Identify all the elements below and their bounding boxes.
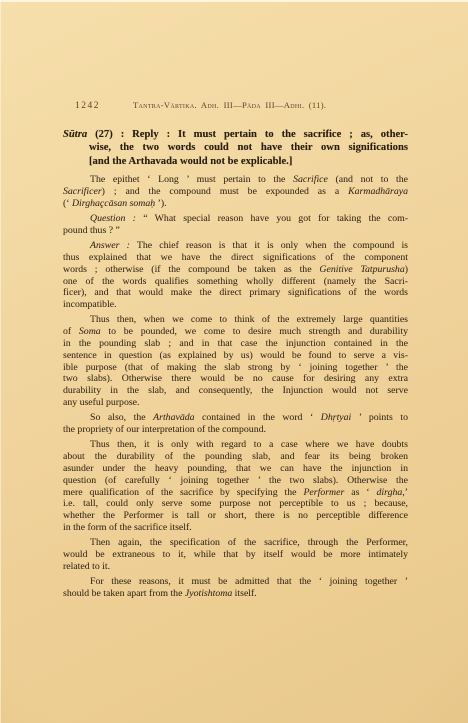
page-content: 1242 Tantra-Vārtika. Adh. III—Pāda III—A… (63, 100, 408, 600)
text-segment: i.e. tall, could only serve some purpose… (63, 498, 408, 509)
text-line: Sūtra (27) : Reply : It must pertain to … (63, 128, 408, 141)
page-number: 1242 (75, 101, 100, 111)
body-paragraph: For these reasons, it must be admitted t… (63, 576, 408, 600)
text-line: any useful purpose. (63, 397, 408, 409)
text-segment: Performer (303, 487, 344, 498)
text-line: of Soma to be pounded, we come to desire… (63, 326, 408, 338)
text-line: (‘ Dirghaçcāsan somaḥ ’). (63, 198, 408, 210)
text-segment: mere qualification of the sacrifice by s… (63, 487, 303, 498)
text-line: ible purpose (that of making the slab st… (63, 362, 408, 374)
text-segment: ’ points to (351, 412, 408, 423)
text-segment: Thus then, when we come to think of the … (90, 314, 408, 325)
text-segment: Dirghaçcāsan somaḥ (72, 198, 155, 209)
text-segment: in the form of the sacrifice itself. (63, 522, 192, 533)
text-line: asunder under the heavy pounding, that w… (63, 463, 408, 475)
text-segment: Karmadhāraya (348, 186, 408, 197)
text-line: incompatible. (63, 299, 408, 311)
text-segment: Answer : (90, 240, 130, 251)
text-segment: ficer), and that would make the direct p… (63, 287, 408, 298)
text-segment: thus explained that we have the direct s… (63, 252, 408, 263)
text-segment: dirgha (377, 487, 403, 498)
sutra-heading: Sūtra (27) : Reply : It must pertain to … (63, 128, 408, 168)
text-segment: Sacrifice (293, 174, 328, 185)
text-segment: wise, the two words could not have their… (89, 142, 408, 153)
text-line: mere qualification of the sacrifice by s… (63, 487, 408, 499)
text-line: about the durability of the pounding sla… (63, 451, 408, 463)
text-segment: Thus then, it is only with regard to a c… (90, 439, 408, 450)
text-segment: Then again, the specification of the sac… (90, 537, 408, 548)
text-segment: the propriety of our interpretation of t… (63, 424, 266, 435)
body-paragraph: Thus then, when we come to think of the … (63, 314, 408, 408)
scan-edge-top (0, 0, 468, 2)
body-paragraph: The epithet ‘ Long ’ must pertain to the… (63, 174, 408, 209)
text-line: Answer : The chief reason is that it is … (63, 240, 408, 252)
text-line: one of the words qualifies something who… (63, 276, 408, 288)
text-line: Thus then, it is only with regard to a c… (63, 439, 408, 451)
page-body: Sūtra (27) : Reply : It must pertain to … (63, 128, 408, 600)
text-line: words ; otherwise (if the compound be ta… (63, 264, 408, 276)
text-line: Sacrificer) ; and the compound must be e… (63, 186, 408, 198)
text-segment: So also, the (90, 412, 153, 423)
text-segment: whether the Performer is tall or short, … (63, 510, 408, 521)
text-segment: For these reasons, it must be admitted t… (90, 576, 408, 587)
body-paragraph: Thus then, it is only with regard to a c… (63, 439, 408, 533)
text-line: question (of carefully ‘ joining togethe… (63, 475, 408, 487)
text-line: Then again, the specification of the sac… (63, 537, 408, 549)
text-segment: in the pounding slab ; and in that case … (63, 338, 408, 349)
text-segment: would be extraneous to it, while that by… (63, 549, 408, 560)
text-segment: itself. (232, 588, 257, 599)
text-segment: to be pounded, we come to desire much st… (101, 326, 408, 337)
text-segment: Jyotishtoma (185, 588, 232, 599)
text-segment: sentence in question (as explained by us… (63, 350, 408, 361)
text-segment: (‘ (63, 198, 72, 209)
text-line: Question : “ What special reason have yo… (63, 213, 408, 225)
text-segment: should be taken apart from the (63, 588, 185, 599)
text-line: sentence in question (as explained by us… (63, 350, 408, 362)
text-line: in the pounding slab ; and in that case … (63, 338, 408, 350)
text-segment: ,’ (402, 487, 408, 498)
text-segment: incompatible. (63, 299, 117, 310)
text-segment: about the durability of the pounding sla… (63, 451, 408, 462)
text-line: two slabs). Otherwise there would be no … (63, 373, 408, 385)
text-segment: ible purpose (that of making the slab st… (63, 362, 408, 373)
text-line: The epithet ‘ Long ’ must pertain to the… (63, 174, 408, 186)
text-segment: as ‘ (344, 487, 376, 498)
text-line: thus explained that we have the direct s… (63, 252, 408, 264)
text-segment: The epithet ‘ Long ’ must pertain to the (90, 174, 293, 185)
text-segment: contained in the word ‘ (195, 412, 321, 423)
text-line: i.e. tall, could only serve some purpose… (63, 498, 408, 510)
text-segment: Sūtra (63, 129, 87, 140)
scan-edge-left (0, 0, 1, 723)
text-segment: asunder under the heavy pounding, that w… (63, 463, 408, 474)
text-segment: any useful purpose. (63, 397, 139, 408)
text-line: the propriety of our interpretation of t… (63, 424, 408, 436)
body-paragraph: Answer : The chief reason is that it is … (63, 240, 408, 311)
text-segment: Soma (79, 326, 101, 337)
text-line: would be extraneous to it, while that by… (63, 549, 408, 561)
text-segment: words ; otherwise (if the compound be ta… (63, 264, 319, 275)
running-header: 1242 Tantra-Vārtika. Adh. III—Pāda III—A… (63, 100, 408, 111)
text-segment: “ What special reason have you got for t… (136, 213, 408, 224)
text-segment: [and the Arthavada would not be explicab… (89, 156, 292, 167)
text-segment: Question : (90, 213, 136, 224)
text-segment: two slabs). Otherwise there would be no … (63, 373, 408, 384)
body-paragraph: Question : “ What special reason have yo… (63, 213, 408, 237)
running-title: Tantra-Vārtika. Adh. III—Pāda III—Adhi. … (133, 100, 326, 110)
text-segment: ’). (155, 198, 166, 209)
text-segment: Arthavāda (153, 412, 194, 423)
text-segment: related to it. (63, 561, 110, 572)
text-segment: The chief reason is that it is only when… (130, 240, 408, 251)
text-segment: Dhṛtyai (321, 412, 351, 423)
text-segment: (and not to the (328, 174, 408, 185)
text-line: durability in the slab, and consequently… (63, 385, 408, 397)
text-segment: one of the words qualifies something who… (63, 276, 408, 287)
text-line: in the form of the sacrifice itself. (63, 522, 408, 534)
text-line: For these reasons, it must be admitted t… (63, 576, 408, 588)
text-segment: ) (405, 264, 408, 275)
text-line: [and the Arthavada would not be explicab… (63, 155, 408, 168)
text-segment: pound thus ? ” (63, 225, 120, 236)
text-line: ficer), and that would make the direct p… (63, 287, 408, 299)
text-line: should be taken apart from the Jyotishto… (63, 588, 408, 600)
text-line: So also, the Arthavāda contained in the … (63, 412, 408, 424)
text-segment: of (63, 326, 79, 337)
body-paragraph: So also, the Arthavāda contained in the … (63, 412, 408, 436)
text-segment: (27) : Reply : It must pertain to the sa… (87, 129, 408, 140)
text-segment: ) ; and the compound must be expounded a… (102, 186, 348, 197)
text-segment: Genitive Tatpurusha (319, 264, 404, 275)
text-line: wise, the two words could not have their… (63, 141, 408, 154)
text-segment: durability in the slab, and consequently… (63, 385, 408, 396)
text-line: related to it. (63, 561, 408, 573)
text-line: whether the Performer is tall or short, … (63, 510, 408, 522)
body-paragraph: Then again, the specification of the sac… (63, 537, 408, 572)
text-segment: Sacrificer (63, 186, 102, 197)
text-line: Thus then, when we come to think of the … (63, 314, 408, 326)
text-line: pound thus ? ” (63, 225, 408, 237)
text-segment: question (of carefully ‘ joining togethe… (63, 475, 408, 486)
